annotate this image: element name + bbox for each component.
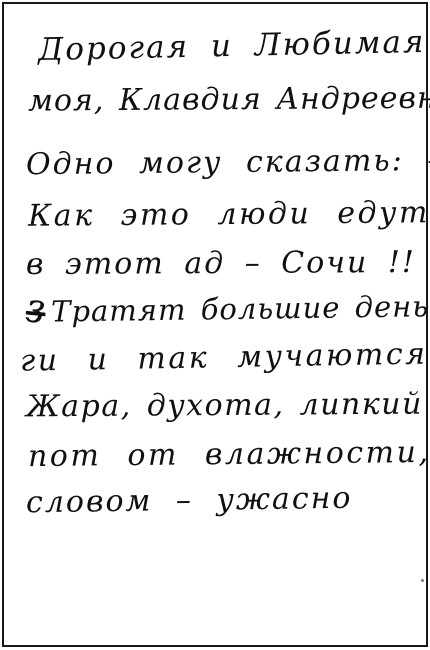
letter-line: ги и так мучаются. <box>20 336 430 378</box>
letter-line: в этот ад – Сочи !! <box>26 245 416 282</box>
letter-page: Дорогая и Любимая моя, Клавдия Андреевна… <box>0 0 430 650</box>
letter-line: Дорогая и Любимая <box>38 24 426 68</box>
struck-out-letter: З <box>25 294 47 330</box>
letter-line: Одно могу сказать: – <box>26 143 430 182</box>
paper-speck <box>421 579 424 582</box>
letter-line: ЗТратят большие день- <box>26 289 430 329</box>
letter-line: моя, Клавдия Андреевна ! <box>28 80 430 118</box>
letter-line: пот от влажности, <box>28 435 430 474</box>
letter-line: Жара, духота, липкий <box>26 387 423 425</box>
page-border: Дорогая и Любимая моя, Клавдия Андреевна… <box>2 2 428 647</box>
letter-line-text: Тратят большие день- <box>51 289 430 328</box>
letter-line: словом – ужасно <box>26 481 353 521</box>
letter-line: Как это люди едут <box>28 195 430 234</box>
